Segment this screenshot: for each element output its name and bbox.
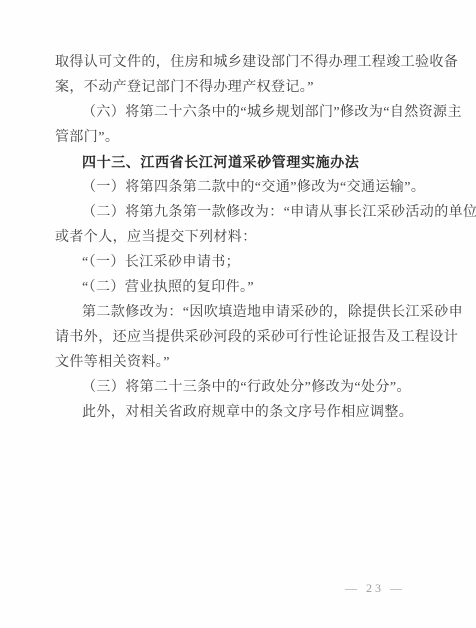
text-line: 此外，对相关省政府规章中的条文序号作相应调整。: [55, 400, 421, 425]
text-line: 取得认可文件的，住房和城乡建设部门不得办理工程竣工验收备: [55, 50, 421, 75]
document-body: 取得认可文件的，住房和城乡建设部门不得办理工程竣工验收备案，不动产登记部门不得办…: [55, 50, 421, 425]
text-line: 文件等相关资料。”: [55, 350, 421, 375]
text-line: 请书外，还应当提供采砂河段的采砂可行性论证报告及工程设计: [55, 325, 421, 350]
text-line: 或者个人，应当提交下列材料：: [55, 225, 421, 250]
page-number: — 23 —: [345, 581, 405, 595]
text-line: 案，不动产登记部门不得办理产权登记。”: [55, 75, 421, 100]
text-line: （六）将第二十六条中的“城乡规划部门”修改为“自然资源主: [55, 100, 421, 125]
page-footer: — 23 —: [345, 579, 405, 597]
text-line: “（一）长江采砂申请书；: [55, 250, 421, 275]
text-line: 第二款修改为：“因吹填造地申请采砂的，除提供长江采砂申: [55, 300, 421, 325]
text-line: （二）将第九条第一款修改为：“申请从事长江采砂活动的单位: [55, 200, 421, 225]
text-line: （一）将第四条第二款中的“交通”修改为“交通运输”。: [55, 175, 421, 200]
text-line: “（二）营业执照的复印件。”: [55, 275, 421, 300]
text-line: （三）将第二十三条中的“行政处分”修改为“处分”。: [55, 375, 421, 400]
section-heading: 四十三、江西省长江河道采砂管理实施办法: [55, 150, 421, 175]
text-line: 管部门”。: [55, 125, 421, 150]
document-page: 取得认可文件的，住房和城乡建设部门不得办理工程竣工验收备案，不动产登记部门不得办…: [0, 0, 476, 628]
